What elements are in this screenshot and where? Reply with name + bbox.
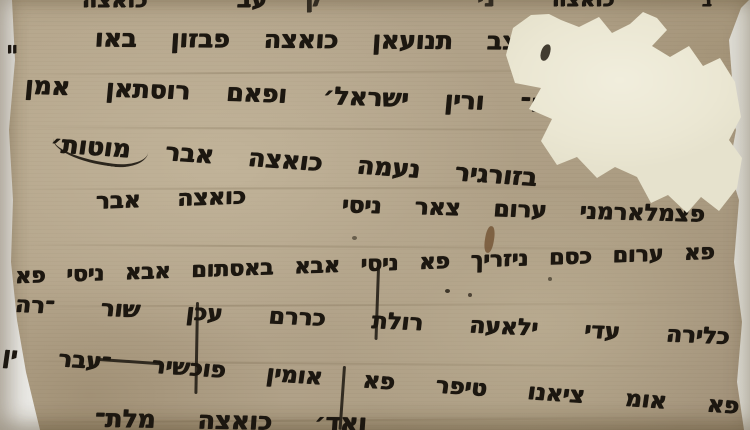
manuscript-line: כואצה אבר bbox=[96, 185, 246, 213]
manuscript-fragment-top-edge: ב bbox=[702, 0, 712, 9]
margin-mark: וו bbox=[7, 41, 17, 56]
ink-speck bbox=[352, 236, 357, 240]
ink-speck bbox=[468, 293, 472, 297]
manuscript-line: קצב תנועאן כואצה פבזון באו bbox=[94, 25, 537, 53]
ink-speck bbox=[445, 289, 450, 293]
manuscript-fragment-top-right: כואצה bbox=[552, 0, 615, 10]
manuscript-fragment-top-center: עב׳ bbox=[226, 0, 267, 11]
manuscript-fragment-top-left: כואצה bbox=[82, 0, 148, 12]
manuscript-photo: כואצה עב׳ ני ק כואצה ב וו קצב תנועאן כוא… bbox=[0, 0, 750, 430]
ink-speck bbox=[548, 277, 552, 281]
manuscript-fragment-top-center-2: ני ק bbox=[305, 0, 495, 10]
manuscript-line: ואד׳ כואצה מלת־ bbox=[94, 406, 368, 430]
